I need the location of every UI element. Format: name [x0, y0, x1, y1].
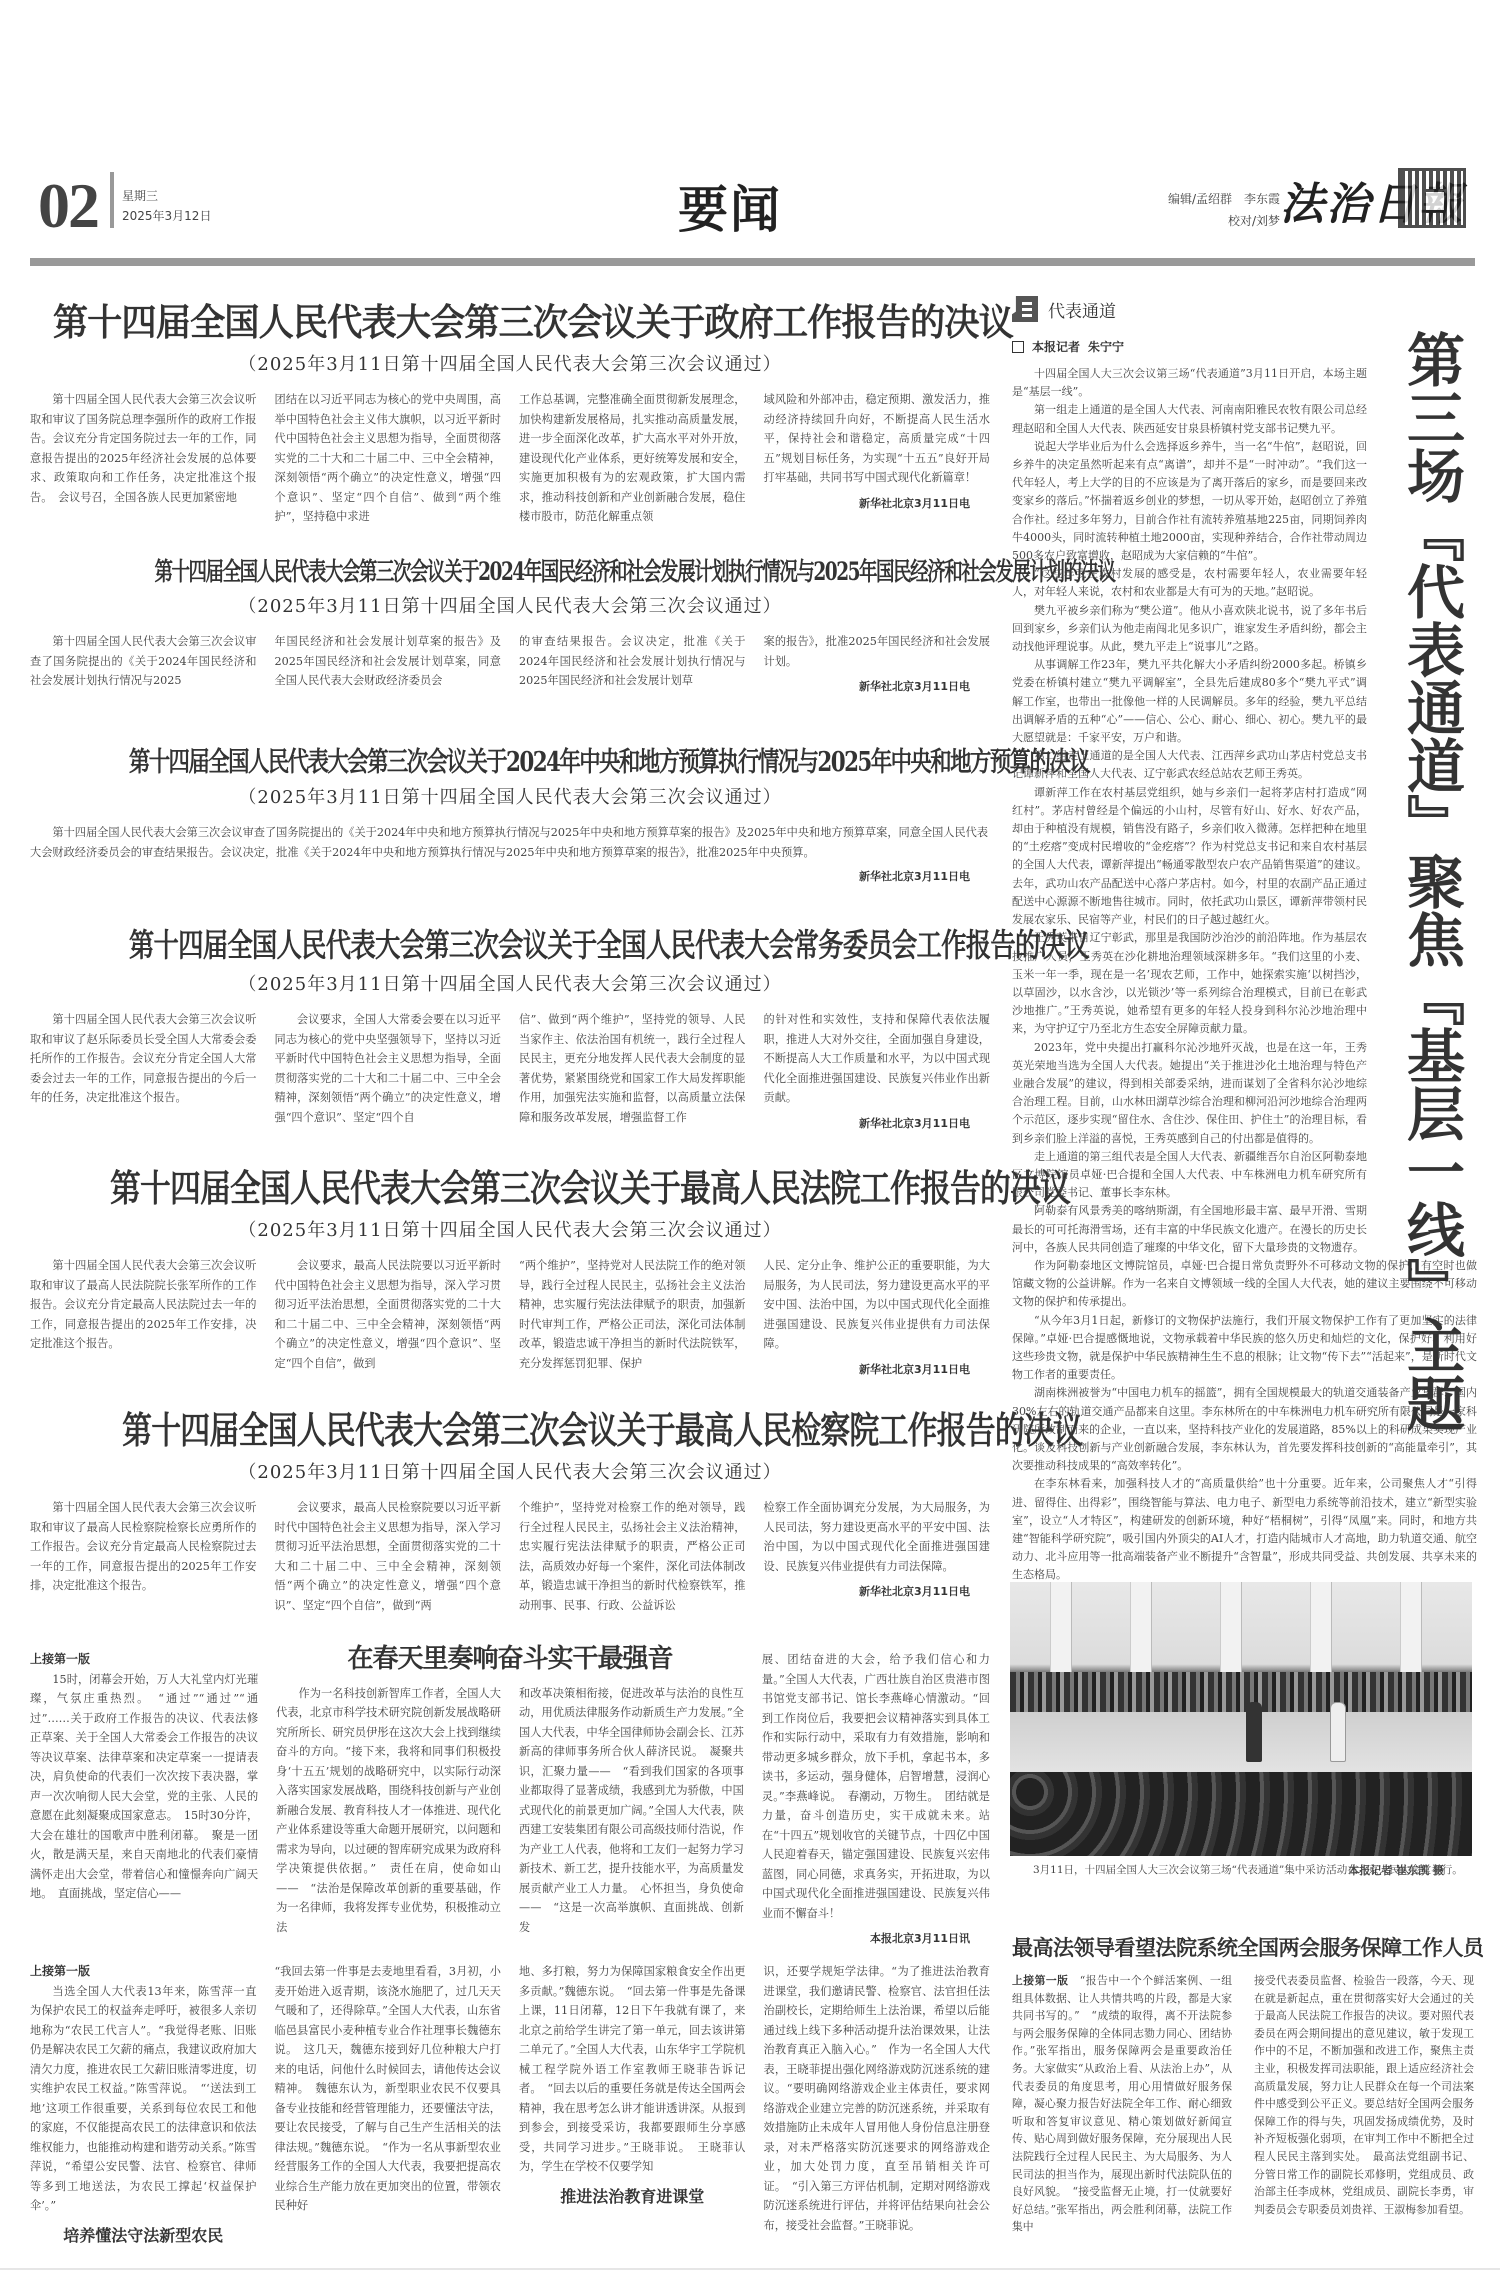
wire-dateline: 新华社北京3月11日电: [764, 1360, 991, 1380]
column-name: 代表通道: [1048, 297, 1116, 322]
editor-credits: 编辑/孟绍群 李东霞 校对/刘梦: [1110, 188, 1280, 232]
subtitle: （2025年3月11日第十四届全国人民代表大会第三次会议通过）: [30, 1458, 990, 1484]
column-header: 代表通道: [1012, 292, 1477, 326]
wire-dateline: 新华社北京3月11日电: [764, 1582, 991, 1602]
proofreader: 校对/刘梦: [1110, 210, 1280, 232]
page-bottom-rule: [0, 2268, 1500, 2270]
subheading: 培养懂法守法新型农民: [30, 2226, 257, 2246]
article-body: 上接第一版 “报告中一个个鲜活案例、一组组具体数据、让人共情共鸣的片段，都是大家…: [1012, 1972, 1474, 2236]
feature-rural-law: 上接第一版 当选全国人大代表13年来，陈雪萍一直为保护农民工的权益奔走呼吁，被很…: [30, 1962, 990, 2253]
headline: 在春天里奏响奋斗实干最强音: [276, 1650, 744, 1670]
feature-spring-struggle: 上接第一版 15时，闭幕会开始，万人大礼堂内灯光璀璨，气氛庄重热烈。 “通过”“…: [30, 1650, 990, 1949]
news-photo: [1010, 1582, 1472, 1856]
article-budget: 第十四届全国人民代表大会第三次会议关于2024年中央和地方预算执行情况与2025…: [30, 740, 990, 884]
date: 2025年3月12日: [122, 206, 211, 226]
headline: 第十四届全国人民代表大会第三次会议关于2024年国民经济和社会发展计划执行情况与…: [154, 552, 865, 588]
weekday: 星期三: [122, 186, 211, 206]
article-supreme-procuratorate: 第十四届全国人民代表大会第三次会议关于最高人民检察院工作报告的决议 （2025年…: [30, 1400, 990, 1615]
newspaper-page: 02 星期三 2025年3月12日 要闻 编辑/孟绍群 李东霞 校对/刘梦 法治…: [0, 0, 1500, 2279]
article-body: 第十四届全国人民代表大会第三次会议听取和审议了最高人民法院院长张军所作的工作报告…: [30, 1256, 990, 1379]
article-supreme-court: 第十四届全国人民代表大会第三次会议关于最高人民法院工作报告的决议 （2025年3…: [30, 1158, 990, 1379]
wire-dateline: 新华社北京3月11日电: [764, 1114, 991, 1134]
masthead: 02 星期三 2025年3月12日 要闻 编辑/孟绍群 李东霞 校对/刘梦 法治…: [30, 168, 1475, 246]
subtitle: （2025年3月11日第十四届全国人民代表大会第三次会议通过）: [30, 1216, 990, 1242]
article-body: 第十四届全国人民代表大会第三次会议审查了国务院提出的《关于2024年中央和地方预…: [30, 823, 990, 862]
article-government-report: 第十四届全国人民代表大会第三次会议关于政府工作报告的决议 （2025年3月11日…: [30, 292, 990, 527]
continued-label: 上接第一版: [30, 1962, 257, 1982]
subtitle: （2025年3月11日第十四届全国人民代表大会第三次会议通过）: [30, 592, 990, 618]
article-body: 上接第一版 15时，闭幕会开始，万人大礼堂内灯光璀璨，气氛庄重热烈。 “通过”“…: [30, 1650, 990, 1949]
body-column: 域风险和外部冲击，稳定预期、激发活力，推动经济持续回升向好，不断提高人民生活水平…: [764, 390, 991, 527]
article-body: 第十四届全国人民代表大会第三次会议听取和审议了最高人民检察院检察长应勇所作的工作…: [30, 1498, 990, 1615]
column-logo-icon: [1012, 296, 1038, 322]
continued-label: 上接第一版: [30, 1650, 258, 1670]
wire-dateline: 本报北京3月11日讯: [762, 1929, 990, 1949]
article-body: 第十四届全国人民代表大会第三次会议审查了国务院提出的《关于2024年国民经济和社…: [30, 632, 990, 697]
headline: 第十四届全国人民代表大会第三次会议关于最高人民检察院工作报告的决议: [122, 1400, 898, 1454]
headline: 第十四届全国人民代表大会第三次会议关于2024年中央和地方预算执行情况与2025…: [129, 740, 891, 779]
body-column: 工作总基调，完整准确全面贯彻新发展理念，加快构建新发展格局，扎实推动高质量发展，…: [519, 390, 746, 527]
section-title: 要闻: [678, 170, 782, 242]
article-npc-standing-committee: 第十四届全国人民代表大会第三次会议关于全国人民代表大会常务委员会工作报告的决议 …: [30, 920, 990, 1133]
masthead-divider: [110, 172, 114, 228]
vertical-headline: 第三场『代表通道』聚焦『基层一线』主题: [1385, 330, 1465, 1432]
article-economic-plan: 第十四届全国人民代表大会第三次会议关于2024年国民经济和社会发展计划执行情况与…: [30, 552, 990, 697]
continued-label: 上接第一版: [1012, 1974, 1068, 1987]
body-column: 团结在以习近平同志为核心的党中央周围，高举中国特色社会主义伟大旗帜，以习近平新时…: [275, 390, 502, 527]
subtitle: （2025年3月11日第十四届全国人民代表大会第三次会议通过）: [30, 970, 990, 996]
subtitle: （2025年3月11日第十四届全国人民代表大会第三次会议通过）: [30, 350, 990, 376]
headline: 第十四届全国人民代表大会第三次会议关于最高人民法院工作报告的决议: [110, 1158, 910, 1212]
article-body: 第十四届全国人民代表大会第三次会议听取和审议了国务院总理李强所作的政府工作报告。…: [30, 390, 990, 527]
qr-code-icon: [1398, 168, 1466, 228]
speaker-figure: [1246, 1702, 1262, 1762]
subtitle: （2025年3月11日第十四届全国人民代表大会第三次会议通过）: [30, 783, 990, 809]
article-body: 第十四届全国人民代表大会第三次会议听取和审议了赵乐际委员长受全国人大常委会委托所…: [30, 1010, 990, 1133]
headline: 第十四届全国人民代表大会第三次会议关于全国人民代表大会常务委员会工作报告的决议: [129, 920, 891, 966]
wire-dateline: 新华社北京3月11日电: [30, 868, 990, 884]
headline: 第十四届全国人民代表大会第三次会议关于政府工作报告的决议: [53, 292, 967, 346]
square-icon: [1012, 341, 1024, 353]
speaker-figure: [1330, 1702, 1346, 1762]
body-column: 第十四届全国人民代表大会第三次会议听取和审议了国务院总理李强所作的政府工作报告。…: [30, 390, 257, 527]
subheading: 推进法治教育进课堂: [519, 2187, 746, 2207]
issue-date: 星期三 2025年3月12日: [122, 186, 211, 226]
photo-caption: 3月11日，十四届全国人大三次会议第三场“代表通道”集中采访活动在北京人民大会堂…: [1012, 1862, 1474, 1879]
headline: 最高法领导看望法院系统全国两会服务保障工作人员: [1012, 1932, 1474, 1962]
wire-dateline: 新华社北京3月11日电: [764, 677, 991, 697]
masthead-rule: [30, 258, 1475, 266]
article-body: 上接第一版 当选全国人大代表13年来，陈雪萍一直为保护农民工的权益奔走呼吁，被很…: [30, 1962, 990, 2253]
article-body: 十四届全国人大三次会议第三场“代表通道”3月11日开启，本场主题是“基层一线”。…: [1012, 365, 1367, 1257]
wire-dateline: 新华社北京3月11日电: [764, 494, 991, 514]
editors: 编辑/孟绍群 李东霞: [1110, 188, 1280, 210]
page-number: 02: [38, 174, 98, 238]
